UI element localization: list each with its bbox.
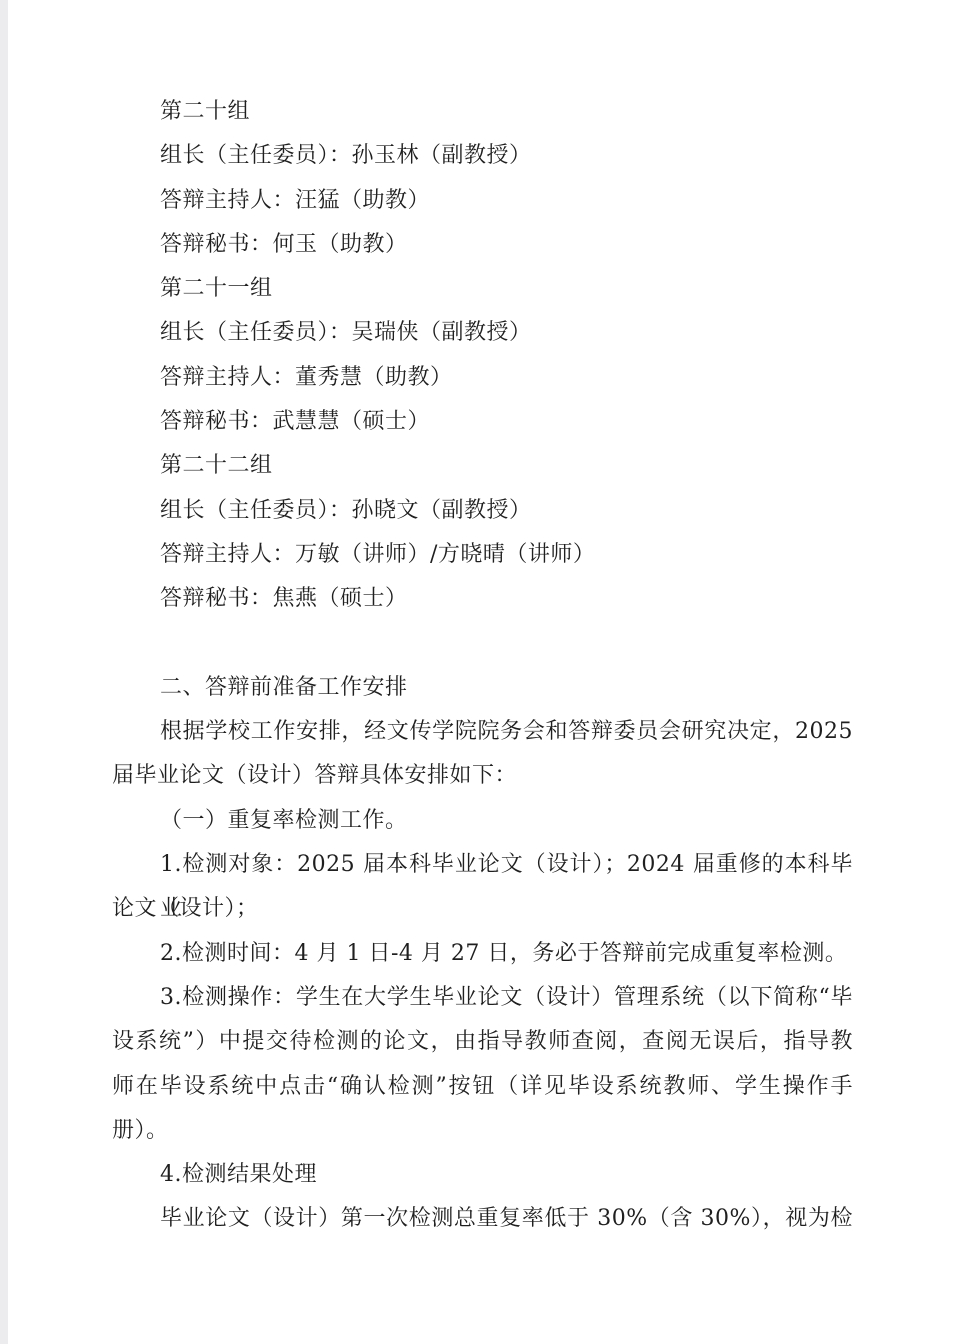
document-line: 设系统”）中提交待检测的论文，由指导教师查阅，查阅无误后，指导教: [112, 1020, 853, 1064]
document-line: 组长（主任委员）：吴瑞侠（副教授）: [112, 311, 853, 355]
document-line: 第二十组: [112, 90, 853, 134]
document-line: 答辩主持人：董秀慧（助教）: [112, 356, 853, 400]
document-line: 第二十一组: [112, 267, 853, 311]
document-line: 论文（设计）；: [112, 887, 853, 931]
document-line: 届毕业论文（设计）答辩具体安排如下：: [112, 754, 853, 798]
document-viewer: { "page": { "background_color": "#ffffff…: [0, 0, 957, 1344]
document-line: 册）。: [112, 1109, 853, 1153]
page-edge-strip: [0, 0, 8, 1344]
document-line: 师在毕设系统中点击“确认检测”按钮（详见毕设系统教师、学生操作手: [112, 1065, 853, 1109]
document-line: 组长（主任委员）：孙晓文（副教授）: [112, 489, 853, 533]
document-line: 组长（主任委员）：孙玉林（副教授）: [112, 134, 853, 178]
document-line: 毕业论文（设计）第一次检测总重复率低于 30%（含 30%），视为检: [112, 1197, 853, 1241]
document-line: 4.检测结果处理: [112, 1153, 853, 1197]
document-line: 答辩秘书：何玉（助教）: [112, 223, 853, 267]
document-line: 2.检测时间：4 月 1 日-4 月 27 日，务必于答辩前完成重复率检测。: [112, 932, 853, 976]
document-line: 第二十二组: [112, 444, 853, 488]
document-line: 答辩秘书：武慧慧（硕士）: [112, 400, 853, 444]
document-page: 第二十组组长（主任委员）：孙玉林（副教授）答辩主持人：汪猛（助教）答辩秘书：何玉…: [112, 90, 853, 1242]
document-line: 答辩主持人：万敏（讲师）/方晓晴（讲师）: [112, 533, 853, 577]
document-line: 答辩主持人：汪猛（助教）: [112, 179, 853, 223]
document-line: 根据学校工作安排，经文传学院院务会和答辩委员会研究决定，2025: [112, 710, 853, 754]
document-line: 1.检测对象：2025 届本科毕业论文（设计）；2024 届重修的本科毕业: [112, 843, 853, 887]
document-line: [112, 622, 853, 666]
document-line: （一）重复率检测工作。: [112, 799, 853, 843]
document-line: 3.检测操作：学生在大学生毕业论文（设计）管理系统（以下简称“毕: [112, 976, 853, 1020]
document-line: 答辩秘书：焦燕（硕士）: [112, 577, 853, 621]
document-body: 第二十组组长（主任委员）：孙玉林（副教授）答辩主持人：汪猛（助教）答辩秘书：何玉…: [112, 90, 853, 1242]
document-line: 二、答辩前准备工作安排: [112, 666, 853, 710]
